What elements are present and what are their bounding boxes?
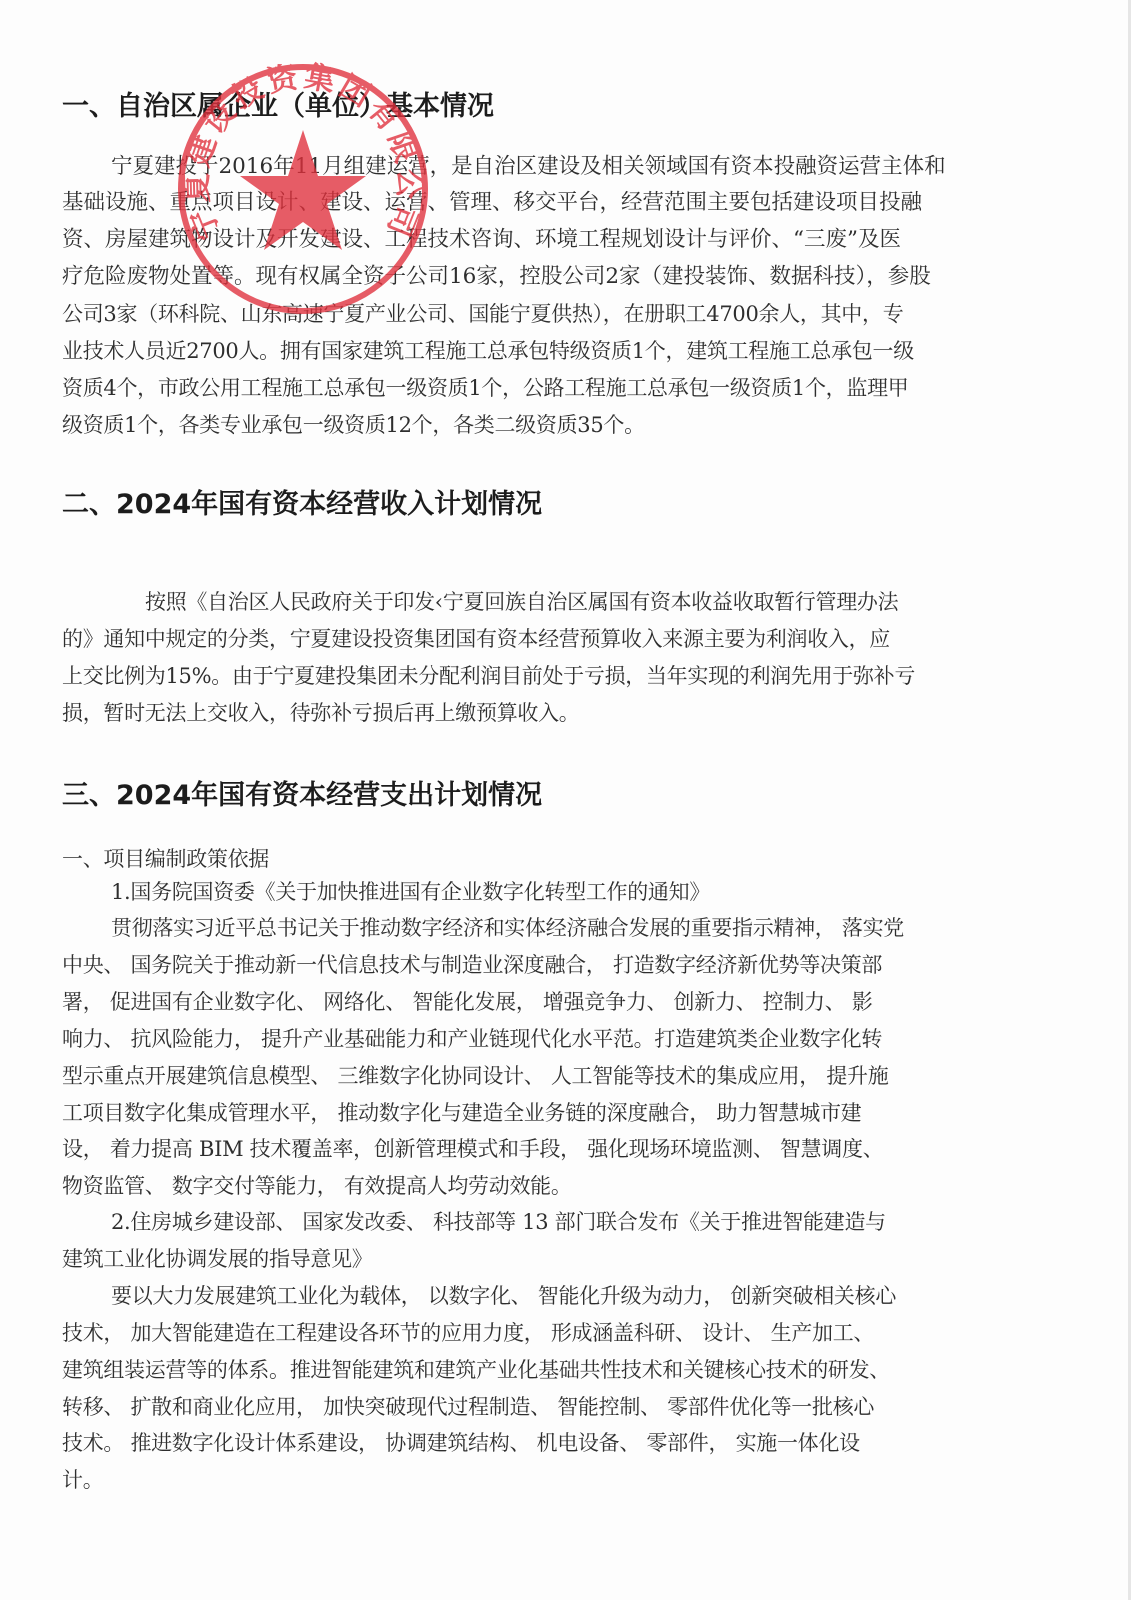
paragraph-line: 响力、 抗风险能力， 提升产业基础能力和产业链现代化水平范。打造建筑类企业数字化… [62, 1024, 882, 1054]
document-page: 一、自治区属企业（单位）基本情况 宁夏建投于2016年11月组建运营，是自治区建… [0, 0, 1131, 1600]
paragraph-line: 业技术人员近2700人。拥有国家建筑工程施工总承包特级资质1个，建筑工程施工总承… [62, 336, 914, 366]
paragraph-line: 转移、 扩散和商业化应用， 加快突破现代过程制造、 智能控制、 零部件优化等一批… [62, 1392, 874, 1422]
paragraph-line: 的》通知中规定的分类，宁夏建设投资集团国有资本经营预算收入来源主要为利润收入，应 [62, 624, 890, 654]
paragraph-line: 技术。 推进数字化设计体系建设， 协调建筑结构、 机电设备、 零部件， 实施一体… [62, 1428, 860, 1458]
item-2-title: 2.住房城乡建设部、 国家发改委、 科技部等 13 部门联合发布《关于推进智能建… [111, 1207, 886, 1237]
paragraph-line: 资质4个，市政公用工程施工总承包一级资质1个，公路工程施工总承包一级资质1个，监… [62, 373, 908, 403]
paragraph-line: 级资质1个，各类专业承包一级资质12个，各类二级资质35个。 [62, 410, 645, 440]
paragraph-line: 建筑组装运营等的体系。推进智能建筑和建筑产业化基础共性技术和关键核心技术的研发、 [62, 1355, 890, 1385]
subheading: 一、项目编制政策依据 [62, 844, 269, 874]
paragraph-line: 上交比例为15%。由于宁夏建投集团未分配利润目前处于亏损，当年实现的利润先用于弥… [62, 661, 915, 691]
paragraph-line: 资、房屋建筑物设计及开发建设、工程技术咨询、环境工程规划设计与评价、“三废”及医 [62, 225, 901, 255]
paragraph-line: 疗危险废物处置等。现有权属全资子公司16家，控股公司2家（建投装饰、数据科技），… [62, 262, 931, 292]
paragraph-line: 中央、 国务院关于推动新一代信息技术与制造业深度融合， 打造数字经济新优势等决策… [62, 950, 882, 980]
paragraph-line: 计。 [62, 1465, 103, 1495]
paragraph-line: 基础设施、重点项目设计、建设、运营、管理、移交平台，经营范围主要包括建设项目投融 [62, 188, 922, 218]
paragraph-line: 技术， 加大智能建造在工程建设各环节的应用力度， 形成涵盖科研、 设计、 生产加… [62, 1318, 874, 1348]
item-1-title: 1.国务院国资委《关于加快推进国有企业数字化转型工作的通知》 [111, 877, 710, 907]
paragraph-line: 署， 促进国有企业数字化、 网络化、 智能化发展， 增强竞争力、 创新力、 控制… [62, 987, 873, 1017]
paragraph-line: 设， 着力提高 BIM 技术覆盖率，创新管理模式和手段， 强化现场环境监测、 智… [62, 1134, 883, 1164]
section-1-heading: 一、自治区属企业（单位）基本情况 [62, 84, 494, 123]
paragraph-line: 贯彻落实习近平总书记关于推动数字经济和实体经济融合发展的重要指示精神， 落实党 [111, 913, 904, 943]
paragraph-line: 要以大力发展建筑工业化为载体， 以数字化、 智能化升级为动力， 创新突破相关核心 [111, 1281, 896, 1311]
paragraph-line: 型示重点开展建筑信息模型、 三维数字化协同设计、 人工智能等技术的集成应用， 提… [62, 1061, 888, 1091]
paragraph-line: 公司3家（环科院、山东高速宁夏产业公司、国能宁夏供热），在册职工4700余人，其… [62, 299, 903, 329]
paragraph-line: 按照《自治区人民政府关于印发‹宁夏回族自治区属国有资本收益收取暂行管理办法 [145, 587, 898, 617]
item-2-title: 建筑工业化协调发展的指导意见》 [62, 1244, 373, 1274]
paragraph-line: 工项目数字化集成管理水平， 推动数字化与建造全业务链的深度融合， 助力智慧城市建 [62, 1098, 861, 1128]
paragraph-line: 物资监管、 数字交付等能力， 有效提高人均劳动效能。 [62, 1171, 572, 1201]
section-2-heading: 二、2024年国有资本经营收入计划情况 [62, 482, 542, 521]
section-3-heading: 三、2024年国有资本经营支出计划情况 [62, 773, 542, 812]
paragraph-line: 损，暂时无法上交收入，待弥补亏损后再上缴预算收入。 [62, 698, 580, 728]
paragraph-line: 宁夏建投于2016年11月组建运营，是自治区建设及相关领域国有资本投融资运营主体… [111, 152, 946, 182]
